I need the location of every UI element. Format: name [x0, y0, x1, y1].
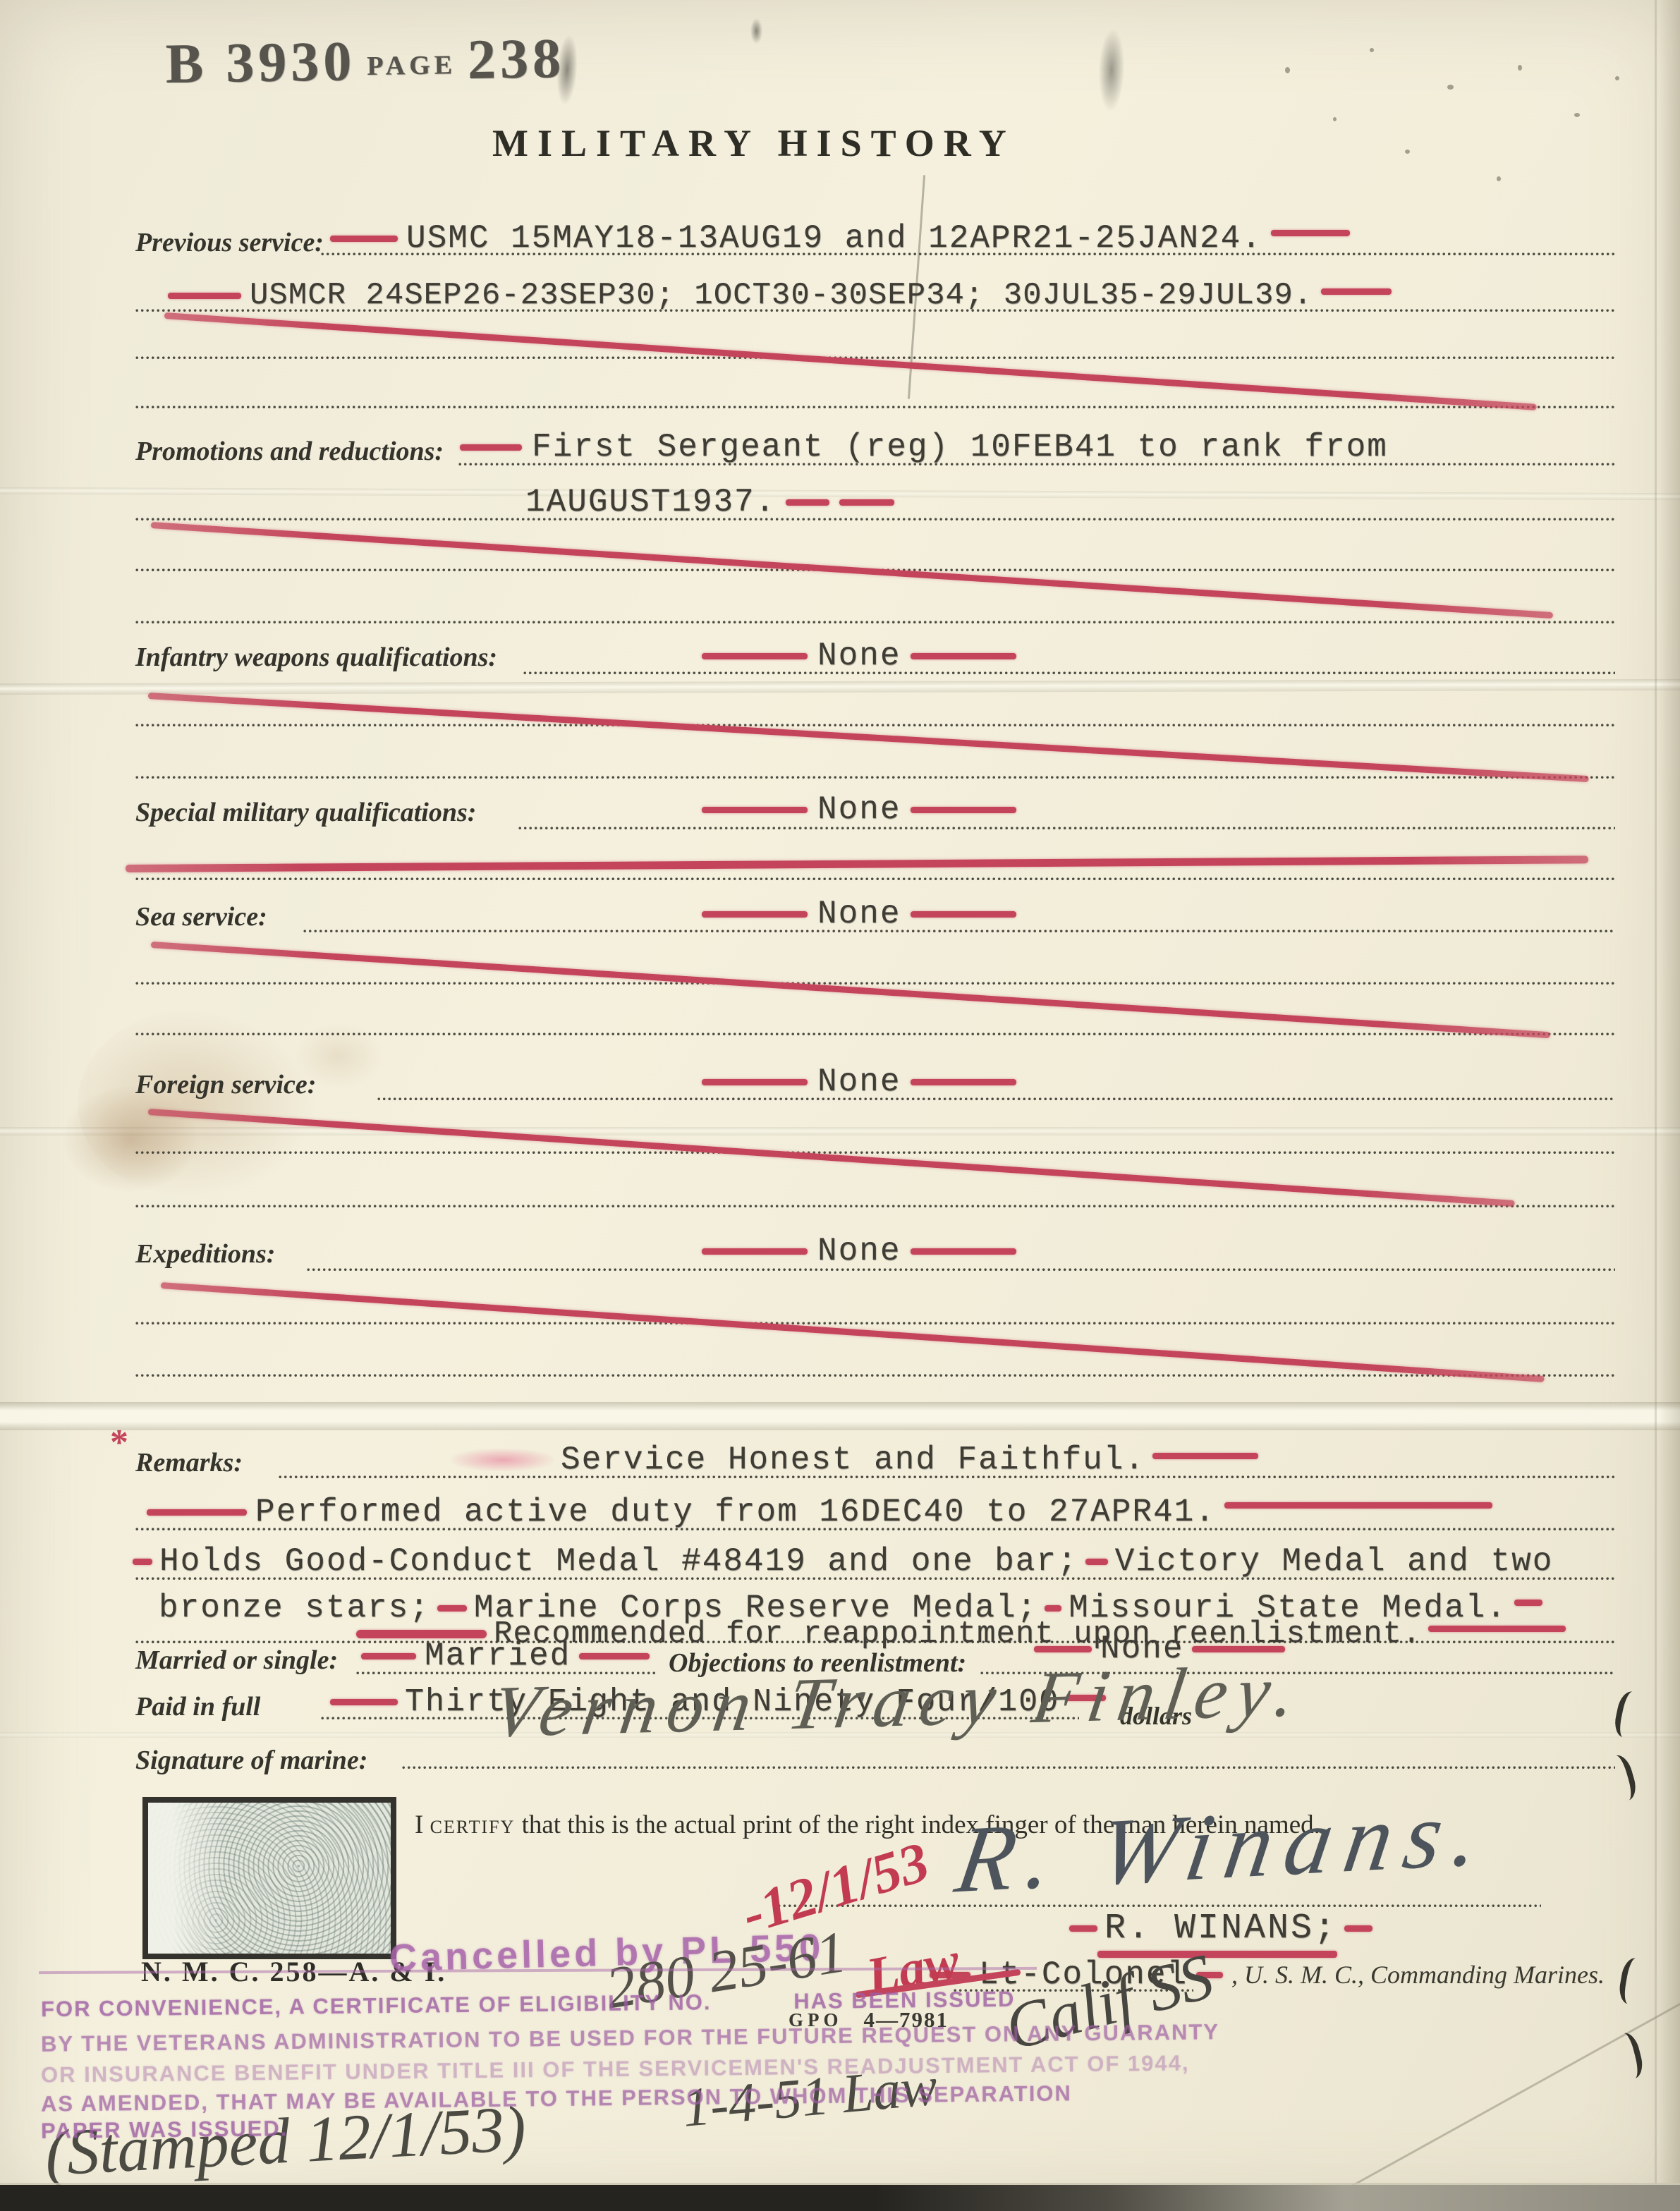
speck: [1405, 150, 1410, 154]
remarks-label: Remarks:: [135, 1447, 243, 1478]
red-dash: [168, 293, 241, 299]
page-edge-shade: [1659, 0, 1680, 2211]
dotted-line: [518, 827, 1615, 830]
red-dash: [361, 1653, 416, 1659]
dotted-line: [523, 671, 1615, 675]
red-dash: [786, 499, 829, 506]
va-stamp-line5: PAPER WAS ISSUED.: [41, 2116, 288, 2144]
red-dash: [702, 911, 808, 918]
paid-in-full-label: Paid in full: [135, 1691, 260, 1722]
red-strike-line: [126, 855, 1588, 872]
speck: [1615, 76, 1619, 80]
foreign-service-label: Foreign service:: [135, 1069, 316, 1100]
remarks-line2: Performed active duty from 16DEC40 to 27…: [147, 1494, 1492, 1530]
dotted-line: [135, 621, 1615, 624]
speck: [1497, 176, 1501, 181]
officer-signature: R. Winans.: [949, 1777, 1500, 1915]
dotted-line: [135, 1374, 1615, 1377]
promotions-line2: 1AUGUST1937.: [525, 484, 894, 520]
red-dash: [702, 807, 808, 813]
red-dash: [911, 1248, 1016, 1255]
red-dash: [1321, 288, 1392, 295]
speck: [1285, 67, 1290, 73]
speck: [1447, 85, 1454, 90]
stamp-page-number: 238: [467, 27, 565, 92]
stain: [63, 1086, 197, 1192]
staple-mark: [1605, 1753, 1640, 1803]
stamp-book-number: B 3930: [165, 30, 356, 97]
red-dash: [460, 444, 522, 451]
book-page-stamp: B 3930 PAGE 238: [165, 27, 565, 97]
dotted-line: [135, 1322, 1615, 1325]
dotted-line: [135, 877, 1615, 881]
red-dash: [911, 653, 1016, 659]
ink-smudge: [1097, 29, 1126, 111]
red-dash: [911, 911, 1016, 918]
dotted-line: [135, 724, 1615, 727]
red-strike-line: [161, 1282, 1545, 1382]
red-strike-line: [151, 942, 1550, 1038]
certify-lead: I: [415, 1810, 423, 1839]
infantry-weapons-label: Infantry weapons qualifications:: [135, 642, 497, 673]
red-dash: [702, 1248, 808, 1255]
foreign-service-value: None: [702, 1064, 1016, 1100]
red-dash: [133, 1559, 152, 1565]
officer-org: , U. S. M. C., Commanding Marines.: [1231, 1960, 1605, 1990]
page-title: MILITARY HISTORY: [492, 121, 1016, 165]
remarks-line3: Holds Good-Conduct Medal #48419 and one …: [133, 1543, 1553, 1580]
previous-service-label: Previous service:: [135, 227, 324, 258]
dotted-line: [135, 356, 1615, 360]
scanned-military-history-form: B 3930 PAGE 238 MILITARY HISTORY Previou…: [0, 0, 1680, 2211]
dotted-line: [135, 1205, 1615, 1208]
red-dash: [437, 1605, 467, 1612]
speck: [1518, 65, 1522, 71]
dotted-line: [135, 1033, 1615, 1036]
sea-service-label: Sea service:: [135, 901, 267, 932]
red-dash: [702, 653, 808, 659]
dotted-line: [402, 1766, 1615, 1770]
pink-smear: [451, 1449, 554, 1471]
red-dash: [1034, 1646, 1092, 1652]
dotted-line: [135, 982, 1615, 985]
scan-bottom-band: [0, 2185, 1680, 2211]
expeditions-value: None: [702, 1233, 1016, 1269]
red-dash: [1045, 1605, 1061, 1612]
sea-service-value: None: [702, 896, 1016, 932]
red-dash: [1085, 1559, 1108, 1565]
dotted-line: [135, 776, 1615, 779]
previous-service-line2: USMCR 24SEP26-23SEP30; 1OCT30-30SEP34; 3…: [168, 278, 1392, 313]
red-dash: [702, 1079, 808, 1085]
dotted-line: [135, 1151, 1615, 1155]
staple-mark: [1612, 2030, 1645, 2081]
red-dash: [1069, 1925, 1097, 1932]
red-strike-line: [148, 1109, 1515, 1207]
promotions-line1: First Sergeant (reg) 10FEB41 to rank fro…: [460, 429, 1388, 465]
remarks-asterisk: *: [110, 1422, 128, 1463]
expeditions-label: Expeditions:: [135, 1238, 275, 1269]
red-strike-line: [164, 312, 1537, 410]
married-or-single-label: Married or single:: [135, 1645, 338, 1676]
remarks-line1: Service Honest and Faithful.: [451, 1442, 1258, 1478]
special-military-label: Special military qualifications:: [135, 797, 476, 828]
stamp-page-word: PAGE: [367, 49, 456, 82]
speck: [1574, 113, 1580, 117]
speck: [1333, 117, 1337, 121]
red-dash: [1152, 1453, 1258, 1459]
promotions-label: Promotions and reductions:: [135, 436, 444, 467]
red-dash: [1224, 1502, 1492, 1509]
red-dash: [839, 499, 894, 506]
fingerprint-box: [142, 1797, 396, 1959]
page-edge-line: [1655, 0, 1657, 2211]
fold-line: [1336, 1995, 1680, 2195]
red-dash: [1428, 1626, 1566, 1632]
red-dash: [330, 1699, 398, 1705]
infantry-weapons-value: None: [702, 638, 1016, 674]
red-dash: [911, 1079, 1016, 1085]
tear-band: [0, 1402, 1680, 1430]
certify-word: certify: [430, 1810, 516, 1839]
dotted-line: [135, 406, 1615, 409]
red-dash: [1344, 1925, 1372, 1932]
previous-service-line1: USMC 15MAY18-13AUG19 and 12APR21-25JAN24…: [330, 220, 1350, 257]
red-dash: [1514, 1600, 1542, 1606]
special-military-value: None: [702, 791, 1016, 828]
red-strike-line: [148, 693, 1589, 782]
red-dash: [147, 1509, 247, 1516]
officer-typed-name: R. WINANS;: [1069, 1908, 1372, 1949]
ink-smudge: [750, 18, 762, 44]
speck: [1370, 48, 1374, 52]
red-dash: [911, 807, 1016, 813]
red-dash: [330, 236, 398, 242]
red-dash: [1271, 230, 1350, 236]
signature-of-marine-label: Signature of marine:: [135, 1745, 367, 1776]
staple-mark: [1617, 1956, 1648, 2006]
red-dash: [579, 1653, 650, 1659]
tear-line: [0, 679, 1680, 695]
